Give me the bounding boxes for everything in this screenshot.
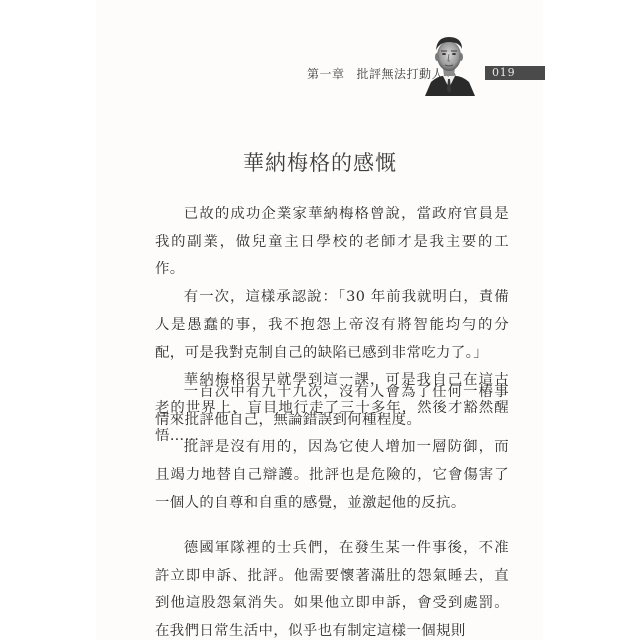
text-block-2: 一百次中有九十九次，沒有人會為了任何一樁事情來批評他自己，無論錯誤到何種程度。 … — [155, 379, 509, 518]
page-number-badge: 019 — [485, 66, 545, 80]
paragraph: 有一次，這樣承認說：「30 年前我就明白，責備人是愚蠢的事，我不抱怨上帝沒有將智… — [155, 284, 509, 367]
page-number: 019 — [492, 66, 515, 80]
text-block-3: 德國軍隊裡的士兵們，在發生某一件事後，不准許立即申訴、批評。他需要懷著滿肚的怨氣… — [155, 535, 509, 640]
paragraph: 一百次中有九十九次，沒有人會為了任何一樁事情來批評他自己，無論錯誤到何種程度。 — [155, 379, 509, 434]
paragraph: 已故的成功企業家華納梅格曾說，當政府官員是我的副業，做兒童主日學校的老師才是我主… — [155, 201, 509, 284]
paragraph: 德國軍隊裡的士兵們，在發生某一件事後，不准許立即申訴、批評。他需要懷著滿肚的怨氣… — [155, 535, 509, 640]
chapter-label: 第一章 — [307, 67, 345, 81]
page-header: 第一章批評無法打動人心 — [0, 0, 640, 110]
paragraph: 批評是沒有用的，因為它使人增加一層防御，而且竭力地替自己辯護。批評也是危險的，它… — [155, 434, 509, 517]
section-title: 華納梅格的感慨 — [0, 147, 640, 177]
author-portrait-icon — [421, 30, 477, 98]
